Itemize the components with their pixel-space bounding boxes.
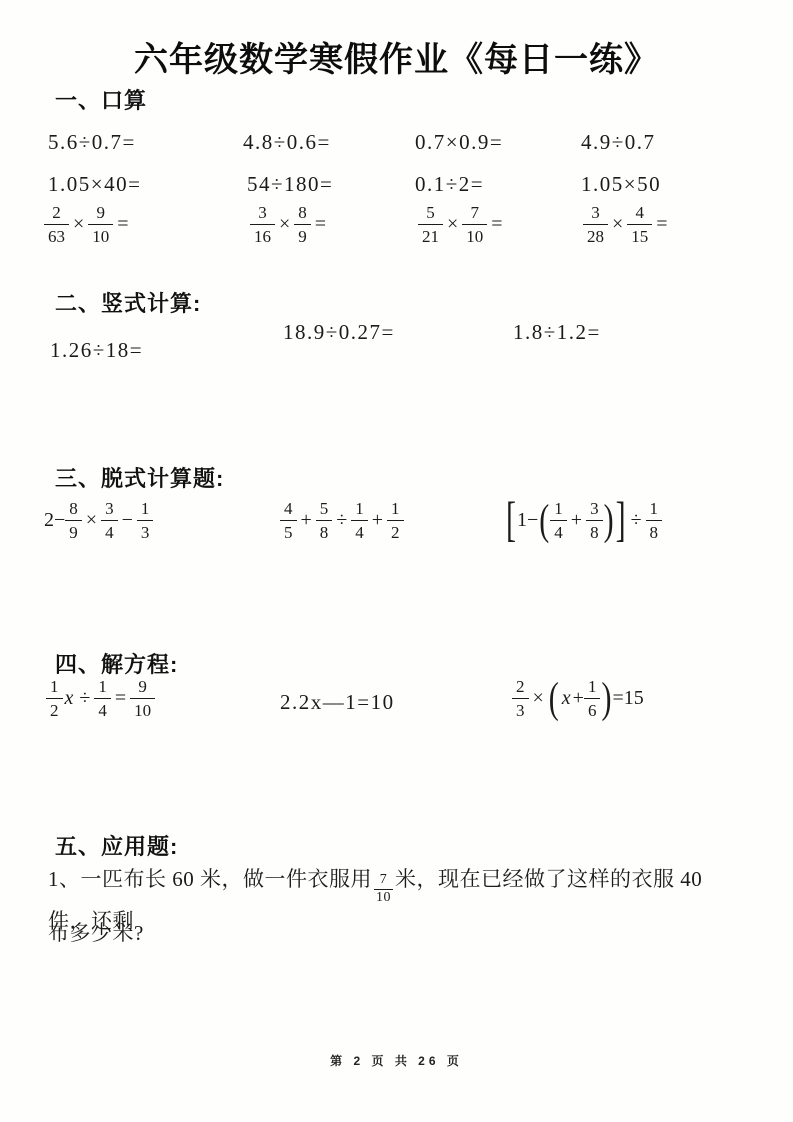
- term: 1−: [517, 509, 538, 532]
- fraction: 710: [462, 204, 487, 245]
- equation-problem: 12 x ÷ 14 = 910: [46, 678, 155, 719]
- section4-heading: 四、解方程:: [55, 648, 178, 679]
- fraction: 16: [584, 678, 601, 719]
- fraction: 89: [294, 204, 311, 245]
- equals-value: =15: [612, 687, 643, 710]
- multiply-sign: ×: [86, 509, 97, 532]
- equation-problem: 2.2x—1=10: [280, 690, 395, 715]
- section1-heading: 一、口算: [55, 84, 147, 115]
- oral-fraction-problem: 328 × 415 =: [583, 204, 672, 245]
- plus-sign: +: [571, 509, 582, 532]
- fraction: 13: [137, 500, 154, 541]
- minus-sign: −: [122, 509, 133, 532]
- fraction: 89: [65, 500, 82, 541]
- fraction: 328: [583, 204, 608, 245]
- oral-problem: 4.8÷0.6=: [243, 130, 331, 155]
- fraction: 34: [101, 500, 118, 541]
- plus-sign: +: [573, 687, 584, 710]
- fraction: 14: [550, 500, 567, 541]
- equals-sign: =: [115, 687, 126, 710]
- fraction: 38: [586, 500, 603, 541]
- fraction: 263: [44, 204, 69, 245]
- plus-sign: +: [372, 509, 383, 532]
- equals-sign: =: [117, 213, 128, 236]
- multiply-sign: ×: [279, 213, 290, 236]
- multiply-sign: ×: [73, 213, 84, 236]
- fraction: 521: [418, 204, 443, 245]
- oral-fraction-problem: 521 × 710 =: [418, 204, 507, 245]
- divide-sign: ÷: [631, 509, 642, 532]
- divide-sign: ÷: [336, 509, 347, 532]
- multiply-sign: ×: [612, 213, 623, 236]
- variable-x: x: [65, 687, 74, 710]
- fraction: 14: [94, 678, 111, 719]
- oral-problem: 0.7×0.9=: [415, 130, 503, 155]
- section5-heading: 五、应用题:: [55, 830, 178, 861]
- fraction: 12: [46, 678, 63, 719]
- word-problem-line2: 布多少米?: [48, 918, 748, 948]
- stepwise-problem: [ 1− ( 14 + 38 ) ] ÷ 18: [505, 500, 662, 541]
- vertical-problem: 18.9÷0.27=: [283, 320, 395, 345]
- vertical-problem: 1.26÷18=: [50, 338, 143, 363]
- variable-x: x: [562, 687, 571, 710]
- equation-problem: 23 × ( x + 16 ) =15: [512, 678, 644, 719]
- fraction: 910: [130, 678, 155, 719]
- divide-sign: ÷: [79, 687, 90, 710]
- oral-problem: 54÷180=: [247, 172, 333, 197]
- term: 2−: [44, 509, 65, 532]
- equals-sign: =: [656, 213, 667, 236]
- worksheet-page: 六年级数学寒假作业《每日一练》 一、口算 5.6÷0.7= 4.8÷0.6= 0…: [0, 0, 793, 1122]
- oral-fraction-problem: 316 × 89 =: [250, 204, 330, 245]
- fraction: 14: [351, 500, 368, 541]
- fraction: 12: [387, 500, 404, 541]
- fraction: 18: [646, 500, 663, 541]
- fraction: 45: [280, 500, 297, 541]
- vertical-problem: 1.8÷1.2=: [513, 320, 601, 345]
- problem-text: 1、一匹布长 60 米，做一件衣服用: [48, 867, 372, 891]
- fraction: 316: [250, 204, 275, 245]
- oral-problem: 5.6÷0.7=: [48, 130, 136, 155]
- equals-sign: =: [491, 213, 502, 236]
- stepwise-problem: 2− 89 × 34 − 13: [44, 500, 153, 541]
- oral-fraction-problem: 263 × 910 =: [44, 204, 133, 245]
- fraction: 910: [88, 204, 113, 245]
- section3-heading: 三、脱式计算题:: [55, 462, 224, 493]
- equals-sign: =: [315, 213, 326, 236]
- oral-problem: 0.1÷2=: [415, 172, 484, 197]
- fraction: 415: [627, 204, 652, 245]
- oral-problem: 1.05×50: [581, 172, 661, 197]
- fraction: 58: [316, 500, 333, 541]
- page-number: 第 2 页 共 26 页: [0, 1052, 793, 1069]
- multiply-sign: ×: [533, 687, 544, 710]
- oral-problem: 4.9÷0.7: [581, 130, 656, 155]
- fraction: 23: [512, 678, 529, 719]
- stepwise-problem: 45 + 58 ÷ 14 + 12: [280, 500, 404, 541]
- oral-problem: 1.05×40=: [48, 172, 141, 197]
- fraction: 710: [374, 873, 393, 905]
- section2-heading: 二、竖式计算:: [55, 287, 201, 318]
- page-title: 六年级数学寒假作业《每日一练》: [0, 32, 793, 81]
- multiply-sign: ×: [447, 213, 458, 236]
- plus-sign: +: [301, 509, 312, 532]
